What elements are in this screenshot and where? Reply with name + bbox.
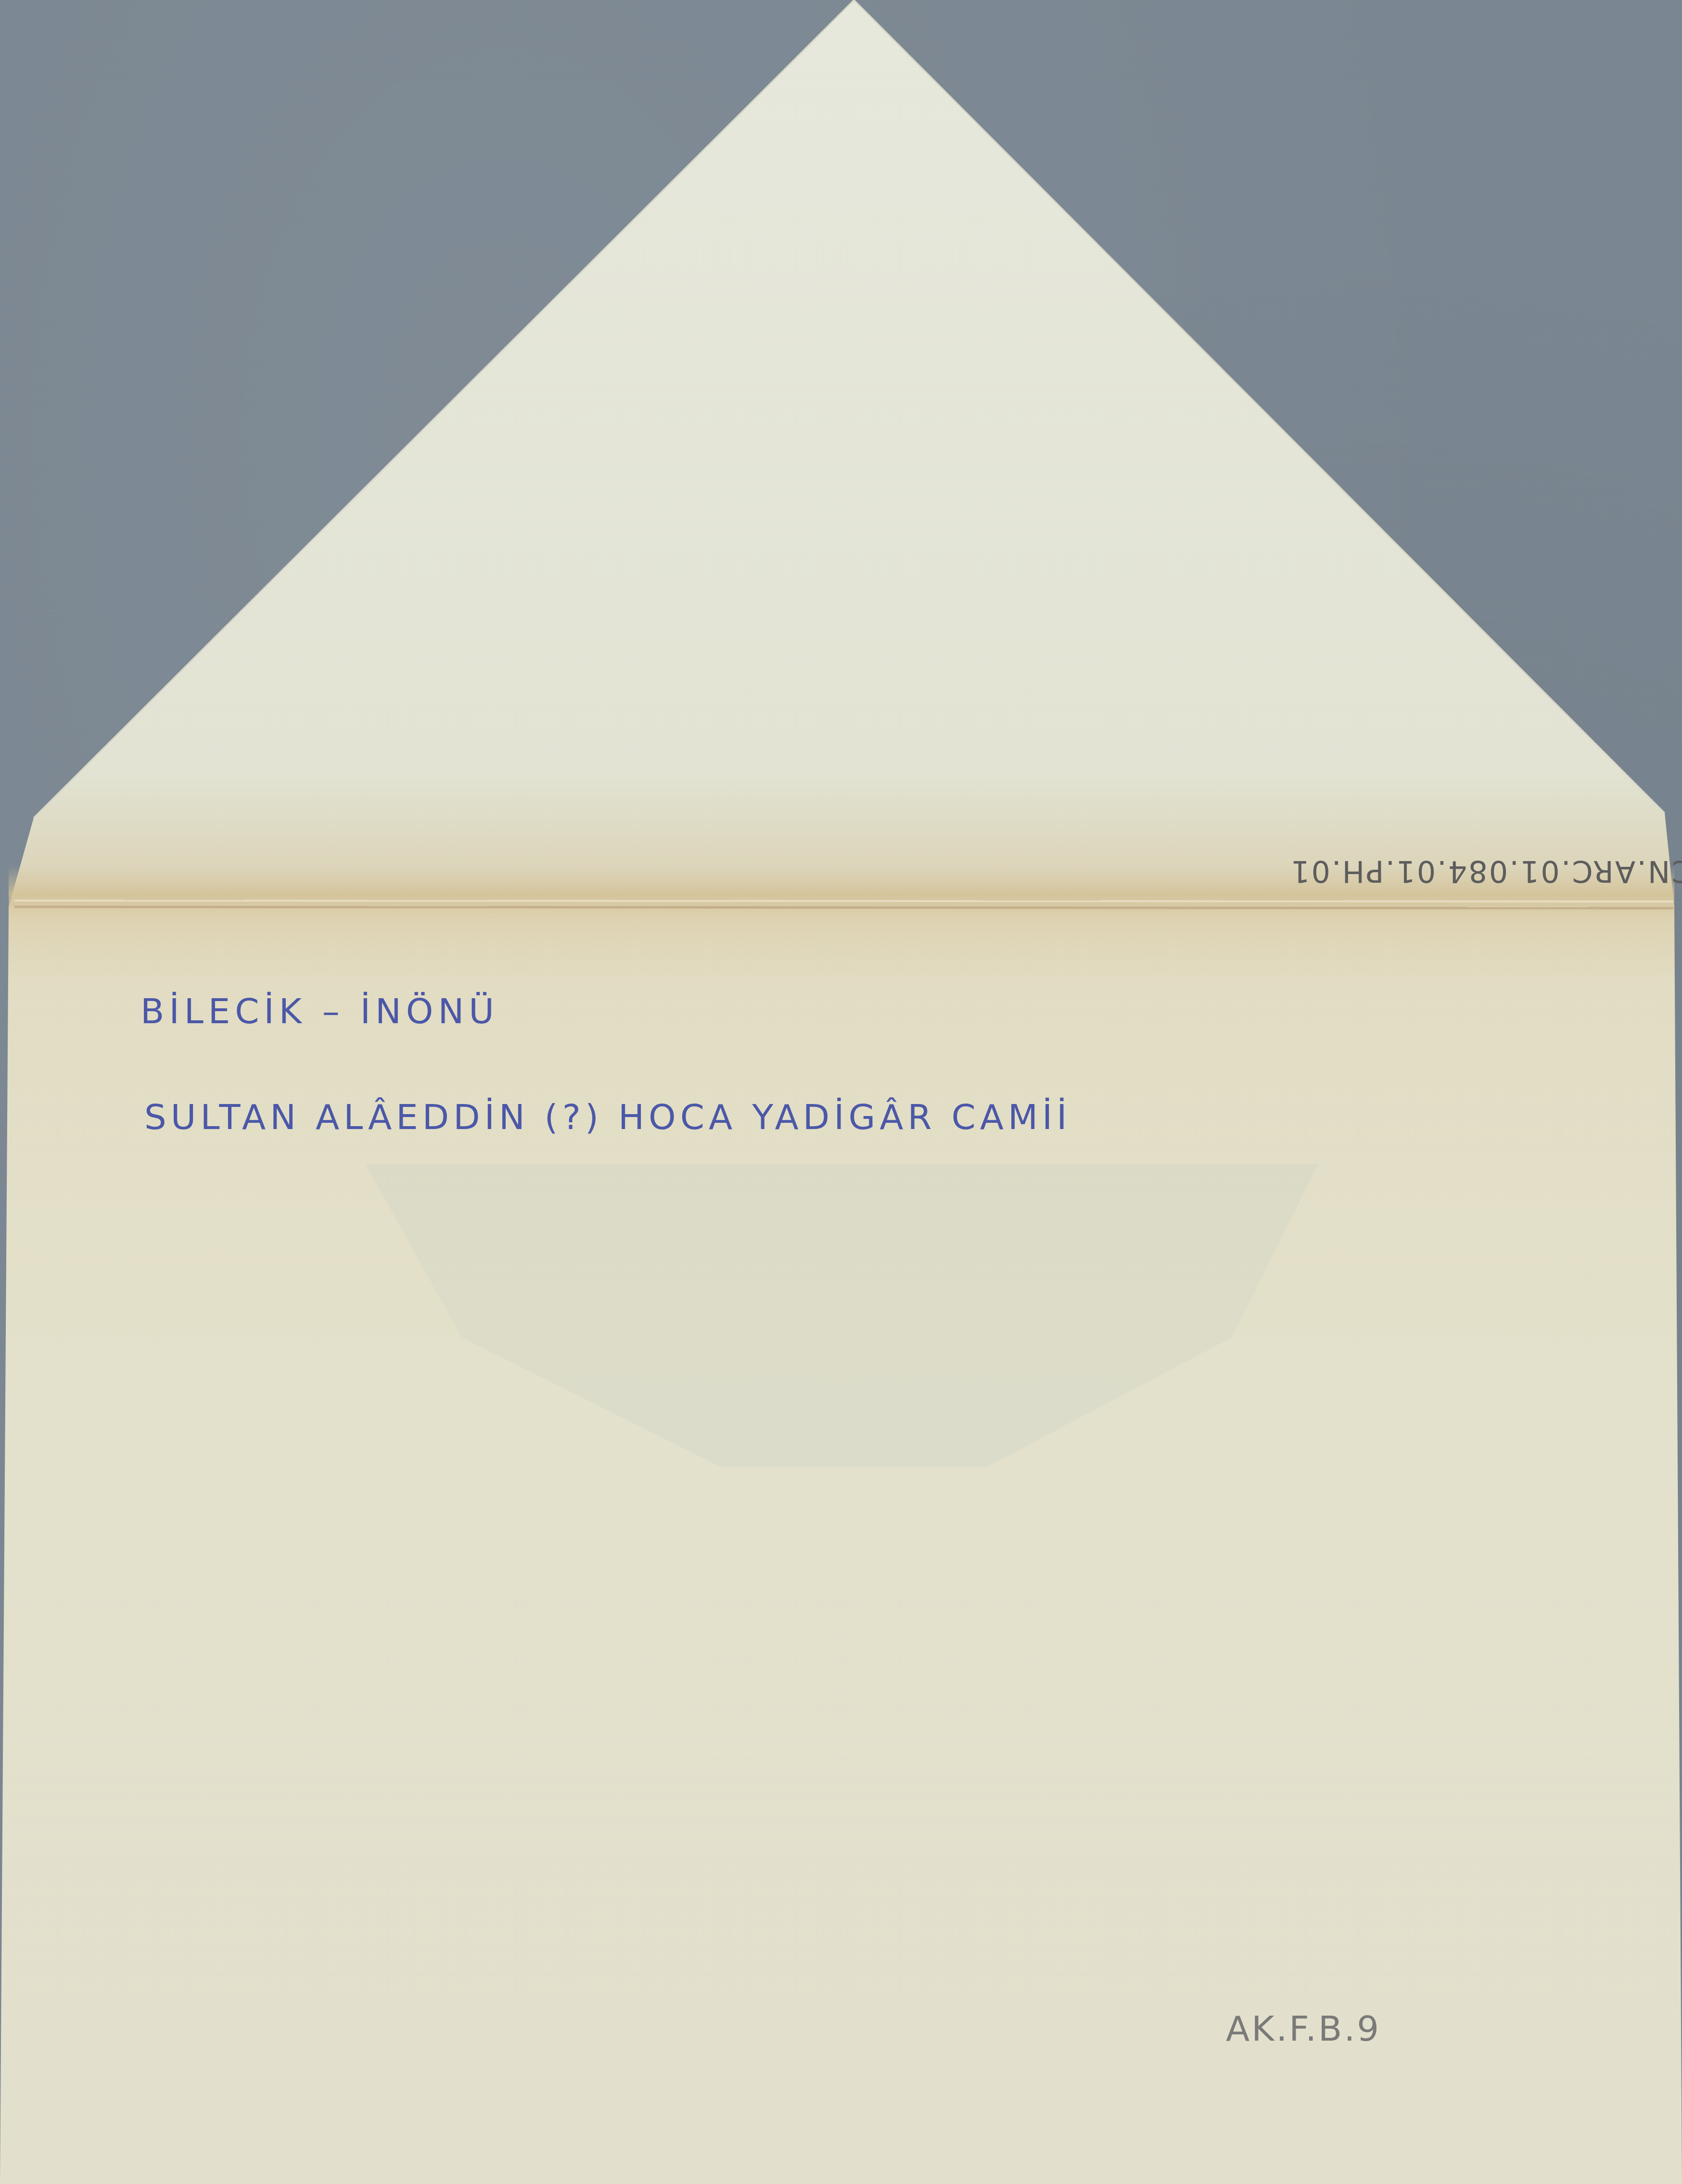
location-handwriting: BİLECİK – İNÖNÜ — [140, 991, 499, 1031]
envelope-flap — [9, 0, 1674, 907]
monument-name-handwriting: SULTAN ALÂEDDİN (?) HOCA YADİGÂR CAMİİ — [144, 1097, 1071, 1137]
shelf-mark-pencil: AK.F.B.9 — [1226, 2008, 1381, 2049]
fold-highlight — [14, 901, 1673, 902]
envelope — [0, 0, 1682, 2184]
fold-line — [14, 907, 1673, 908]
archive-code-pencil-upside-down: KCN.ARC.01.084.01.PH.01 — [1289, 854, 1682, 889]
